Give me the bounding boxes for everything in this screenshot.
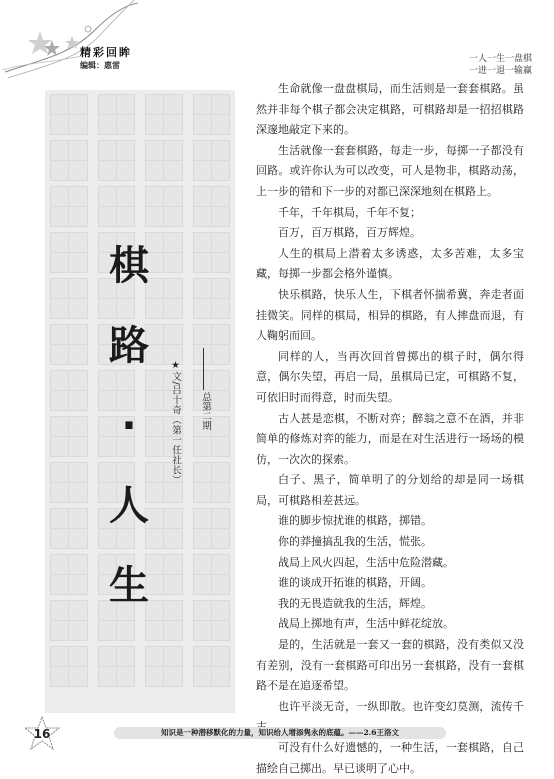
paragraph: 快乐棋路，快乐人生，下棋者怀揣希冀，奔走者面挂微笑。同样的棋局，相异的棋路，有人…: [256, 285, 524, 347]
grid-cell: [50, 324, 88, 365]
title-char: 生: [109, 566, 149, 646]
grid-cell: [193, 278, 231, 319]
author-byline: ★文/吕十奇（第一任社长）: [168, 360, 182, 485]
tagline-line-2: 一进一退一输赢: [469, 65, 532, 77]
title-char: 人: [109, 486, 149, 566]
paragraph: 可没有什么好遗憾的，一种生活，一套棋路，自己描绘自己掷出。早已谈明了心中。: [256, 738, 524, 779]
grid-cell: [193, 462, 231, 503]
grid-cell: [50, 232, 88, 273]
grid-cell: [193, 324, 231, 365]
grid-cell: [50, 186, 88, 227]
paragraph: 生命就像一盘盘棋局，而生活则是一套套棋路。虽然并非每个棋子都会决定棋路，可棋路却…: [256, 79, 524, 141]
grid-cell: [50, 508, 88, 549]
article-title: 棋 路 · 人 生: [104, 246, 154, 646]
star-icon: [28, 31, 52, 54]
title-char: ·: [121, 406, 136, 486]
paragraph: 我的无畏造就我的生活，辉煌。: [256, 594, 524, 615]
grid-cell: [50, 646, 88, 687]
paragraph: 是的，生活就是一套又一套的棋路，没有类似又没有差别，没有一套棋路可印出另一套棋路…: [256, 635, 524, 697]
grid-cell: [50, 416, 88, 457]
grid-cell: [98, 140, 136, 181]
paragraph: 人生的棋局上潜着太多诱惑，太多苦难，太多宝藏，每掷一步都会格外谨慎。: [256, 244, 524, 285]
grid-cell: [145, 646, 183, 687]
grid-cell: [98, 646, 136, 687]
grid-cell: [50, 462, 88, 503]
grid-cell: [193, 94, 231, 135]
article-body: 生命就像一盘盘棋局，而生活则是一套套棋路。虽然并非每个棋子都会决定棋路，可棋路却…: [256, 79, 524, 779]
paragraph: 百万，百万棋路，百万辉煌。: [256, 223, 524, 244]
tagline: 一人一生一盘棋 一进一退一输赢: [469, 53, 532, 77]
issue-divider: [203, 348, 204, 390]
grid-cell: [193, 232, 231, 273]
grid-cell: [145, 186, 183, 227]
grid-cell: [193, 186, 231, 227]
paragraph: 同样的人，当再次回首曾掷出的棋子时，偶尔得意，偶尔失望，再启一局，虽棋局已定，可…: [256, 347, 524, 409]
paragraph: 白子、黑子，简单明了的分划给的却是同一场棋局，可棋路相差甚远。: [256, 470, 524, 511]
column-title: 精彩回眸: [80, 44, 132, 60]
paragraph: 你的莽撞搞乱我的生活，慌张。: [256, 532, 524, 553]
title-char: 棋: [109, 246, 149, 326]
grid-cell: [50, 140, 88, 181]
paragraph: 战局上风火四起，生活中危险潜藏。: [256, 553, 524, 574]
grid-cell: [193, 554, 231, 595]
grid-cell: [193, 140, 231, 181]
page-number-badge: 16: [23, 716, 61, 752]
grid-cell: [50, 600, 88, 641]
paragraph: 古人甚是恋棋，不断对弈；醉翁之意不在酒，并非简单的修炼对弈的能力，而是在对生活进…: [256, 409, 524, 471]
column-editor: 编辑：惠雷: [80, 60, 120, 71]
grid-cell: [50, 94, 88, 135]
grid-cell: [50, 278, 88, 319]
grid-cell: [50, 370, 88, 411]
paragraph: 战局上掷地有声，生活中鲜花绽放。: [256, 614, 524, 635]
footer-quote: 知识是一种潜移默化的力量，知识给人增添隽永的底蕴。——2.6王洛文: [114, 727, 446, 739]
grid-cell: [193, 600, 231, 641]
grid-cell: [145, 140, 183, 181]
paragraph: 谁的谈成开拓谁的棋路，开阔。: [256, 573, 524, 594]
grid-cell: [145, 94, 183, 135]
page-number: 16: [34, 727, 51, 741]
grid-cell: [193, 508, 231, 549]
grid-cell: [98, 186, 136, 227]
title-char: 路: [109, 326, 149, 406]
grid-cell: [50, 554, 88, 595]
grid-cell: [193, 646, 231, 687]
paragraph: 千年，千年棋局，千年不复；: [256, 203, 524, 224]
tagline-line-1: 一人一生一盘棋: [469, 53, 532, 65]
paragraph: 谁的脚步惊扰谁的棋路，掷错。: [256, 511, 524, 532]
paragraph: 生活就像一套套棋路，每走一步，每掷一子都没有回路。或许你认为可以改变，可人是物非…: [256, 141, 524, 203]
issue-number: 总第二期: [198, 392, 212, 430]
grid-cell: [98, 94, 136, 135]
